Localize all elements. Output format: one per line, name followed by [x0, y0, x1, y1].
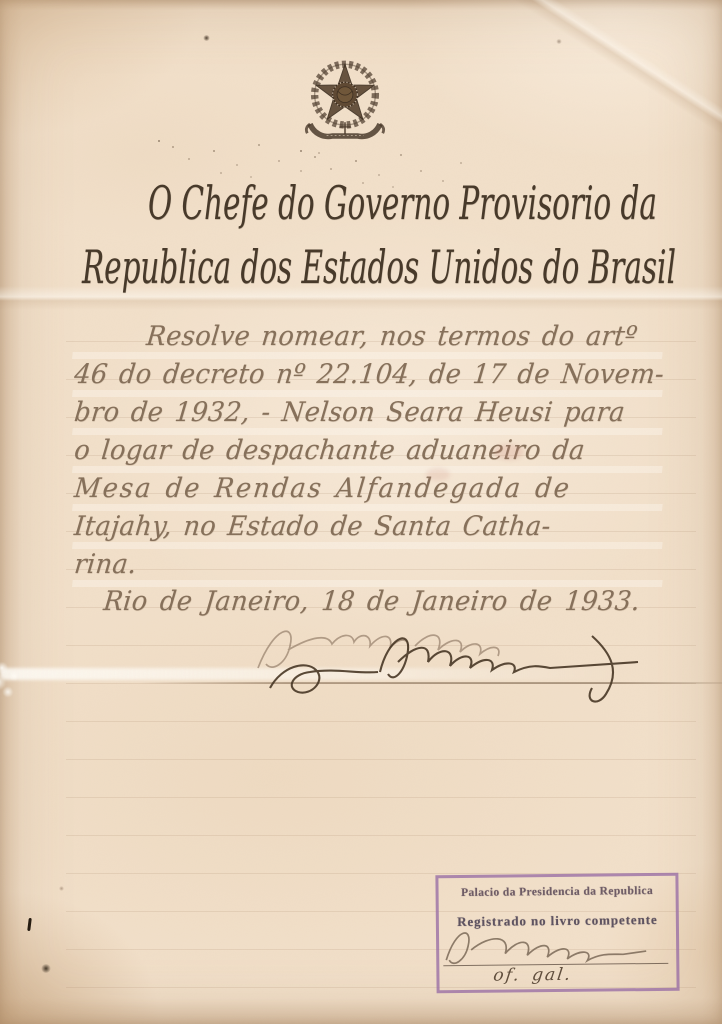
stain: [494, 444, 524, 460]
heading-line-1: O Chefe do Governo Provisorio da: [148, 176, 657, 230]
body-line: 46 do decreto nº 22.104, de 17 de Novem-: [72, 359, 666, 397]
body-line: Itajahy, no Estado de Santa Catha-: [72, 511, 666, 549]
signature-getulio-vargas: [258, 631, 499, 668]
ink-spot: [41, 964, 51, 973]
body-line: o logar de despachante aduaneiro da: [72, 435, 666, 473]
body-line: rina.: [72, 549, 666, 587]
stain: [426, 468, 450, 481]
stamp-annotation: of. gal.: [492, 965, 573, 986]
ink-spot: [59, 886, 64, 891]
body-line: Mesa de Rendas Alfandegada de: [72, 473, 666, 511]
ink-speckles: [300, 150, 302, 152]
ink-spot: [556, 39, 562, 44]
signature-block: [240, 610, 670, 715]
body-line: Resolve nomear, nos termos do artº: [72, 321, 666, 359]
margin-tick-mark: [27, 918, 32, 931]
registration-stamp: Palacio da Presidencia da Republica Regi…: [435, 873, 679, 994]
signature-oswaldo-aranha: [270, 636, 638, 702]
body-line: bro de 1932, - Nelson Seara Heusi para: [72, 397, 666, 435]
scanned-decree-page: O Chefe do Governo Provisorio da Republi…: [0, 0, 722, 1024]
brazil-coat-of-arms-emblem: [299, 56, 391, 148]
stamp-title: Palacio da Presidencia da Republica: [439, 885, 676, 899]
ink-speckles: [158, 140, 160, 142]
frayed-edge-patch: [0, 640, 34, 710]
heading-line-2: Republica dos Estados Unidos do Brasil: [82, 240, 676, 294]
ink-spot: [203, 35, 210, 41]
decree-body: Resolve nomear, nos termos do artº 46 do…: [72, 321, 693, 587]
